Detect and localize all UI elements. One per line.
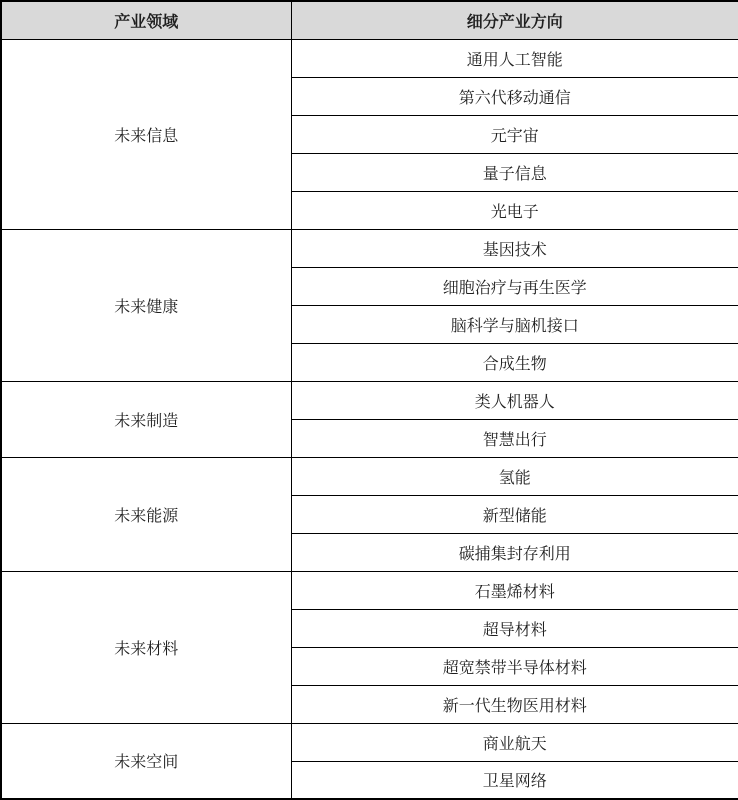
direction-cell: 智慧出行: [291, 419, 738, 457]
direction-cell: 量子信息: [291, 153, 738, 191]
direction-cell: 超导材料: [291, 609, 738, 647]
direction-cell: 商业航天: [291, 723, 738, 761]
direction-cell: 超宽禁带半导体材料: [291, 647, 738, 685]
field-cell: 未来能源: [1, 457, 291, 571]
table-row: 未来能源氢能: [1, 457, 738, 495]
header-cell-direction: 细分产业方向: [291, 1, 738, 39]
table-row: 未来制造类人机器人: [1, 381, 738, 419]
table-row: 未来信息通用人工智能: [1, 39, 738, 77]
field-cell: 未来信息: [1, 39, 291, 229]
header-cell-field: 产业领域: [1, 1, 291, 39]
direction-cell: 碳捕集封存利用: [291, 533, 738, 571]
field-cell: 未来健康: [1, 229, 291, 381]
field-cell: 未来制造: [1, 381, 291, 457]
direction-cell: 光电子: [291, 191, 738, 229]
table-row: 未来材料石墨烯材料: [1, 571, 738, 609]
direction-cell: 类人机器人: [291, 381, 738, 419]
document-table-container: 产业领域 细分产业方向 未来信息通用人工智能第六代移动通信元宇宙量子信息光电子未…: [0, 0, 738, 799]
direction-cell: 石墨烯材料: [291, 571, 738, 609]
direction-cell: 新一代生物医用材料: [291, 685, 738, 723]
field-cell: 未来空间: [1, 723, 291, 799]
table-row: 未来健康基因技术: [1, 229, 738, 267]
direction-cell: 通用人工智能: [291, 39, 738, 77]
field-cell: 未来材料: [1, 571, 291, 723]
direction-cell: 氢能: [291, 457, 738, 495]
direction-cell: 基因技术: [291, 229, 738, 267]
direction-cell: 卫星网络: [291, 761, 738, 799]
direction-cell: 第六代移动通信: [291, 77, 738, 115]
direction-cell: 元宇宙: [291, 115, 738, 153]
table-row: 未来空间商业航天: [1, 723, 738, 761]
industry-table: 产业领域 细分产业方向 未来信息通用人工智能第六代移动通信元宇宙量子信息光电子未…: [0, 0, 738, 800]
table-body: 未来信息通用人工智能第六代移动通信元宇宙量子信息光电子未来健康基因技术细胞治疗与…: [1, 39, 738, 799]
direction-cell: 细胞治疗与再生医学: [291, 267, 738, 305]
direction-cell: 新型储能: [291, 495, 738, 533]
header-row: 产业领域 细分产业方向: [1, 1, 738, 39]
direction-cell: 合成生物: [291, 343, 738, 381]
direction-cell: 脑科学与脑机接口: [291, 305, 738, 343]
